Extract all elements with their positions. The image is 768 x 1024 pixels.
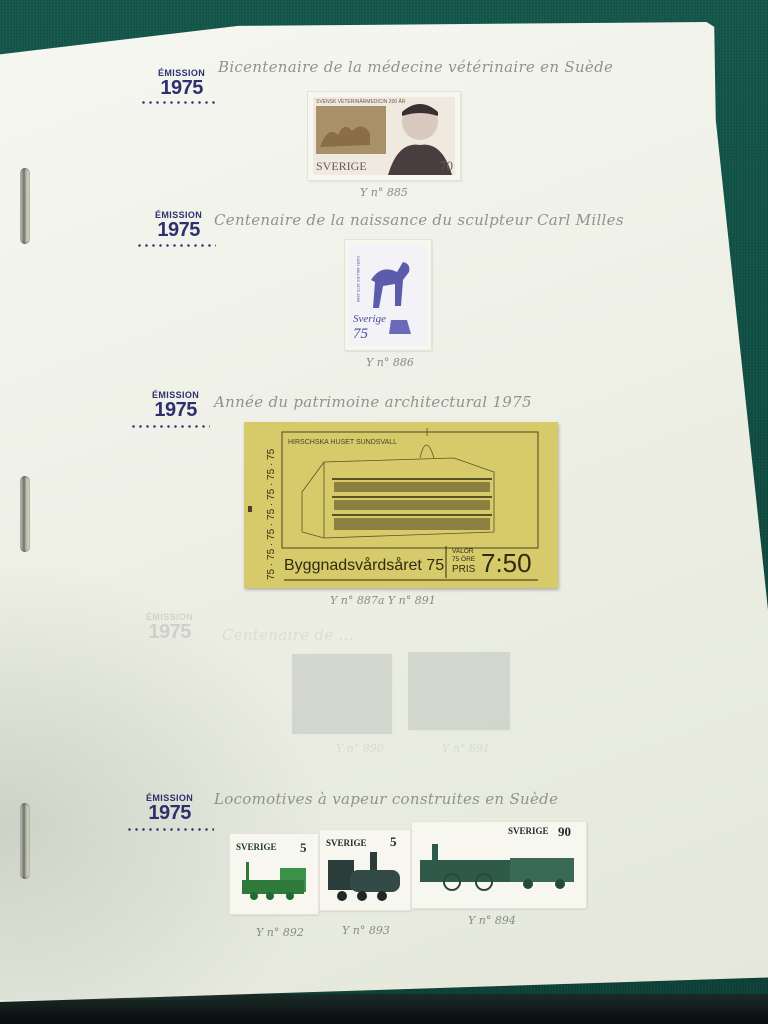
- veterinary-stamp-art: SVENSK VETERINÄRMEDICIN 200 ÅR SVERIGE 7…: [308, 92, 460, 180]
- section-title: Bicentenaire de la médecine vétérinaire …: [218, 58, 613, 76]
- stamp-locomotive-3: SVERIGE 90: [412, 822, 586, 908]
- dotted-line: [130, 425, 210, 428]
- svg-text:HIRSCHSKA HUSET SUNDSVALL: HIRSCHSKA HUSET SUNDSVALL: [288, 439, 397, 446]
- emission-year: 1975: [155, 220, 202, 240]
- stamp-placeholder: [292, 654, 392, 734]
- svg-text:SVERIGE: SVERIGE: [326, 838, 367, 848]
- emission-stamp: ÉMISSION 1975: [158, 68, 205, 98]
- section-title: Locomotives à vapeur construites en Suèd…: [214, 790, 558, 808]
- binder-hole: [20, 168, 30, 244]
- catalog-ref: Y n° 891: [442, 742, 490, 755]
- emission-year: 1975: [146, 622, 193, 642]
- section-title: Centenaire de ...: [222, 626, 354, 644]
- svg-text:70: 70: [440, 158, 453, 173]
- stamp-veterinary: SVENSK VETERINÄRMEDICIN 200 ÅR SVERIGE 7…: [308, 92, 460, 180]
- binder-hole: [20, 476, 30, 552]
- emission-year: 1975: [152, 400, 199, 420]
- catalog-ref: Y n° 885: [360, 186, 408, 199]
- catalog-ref: Y n° 892: [256, 926, 304, 939]
- stamp-locomotive-2: SVERIGE 5: [320, 830, 410, 910]
- emission-year: 1975: [158, 78, 205, 98]
- svg-text:SVENSK VETERINÄRMEDICIN 200 ÅR: SVENSK VETERINÄRMEDICIN 200 ÅR: [316, 98, 406, 105]
- stamp-booklet: HIRSCHSKA HUSET SUNDSVALL Byggnadsvårdså…: [244, 422, 558, 588]
- dotted-line: [136, 244, 216, 247]
- svg-text:Sverige: Sverige: [353, 313, 386, 325]
- svg-text:75 ÖRE: 75 ÖRE: [452, 555, 476, 563]
- emission-stamp: ÉMISSION 1975: [146, 612, 193, 642]
- svg-text:PRIS: PRIS: [452, 564, 476, 575]
- emission-stamp: ÉMISSION 1975: [152, 390, 199, 420]
- svg-text:CARL MILLES 1875-1955: CARL MILLES 1875-1955: [356, 256, 361, 303]
- catalog-ref: Y n° 890: [336, 742, 384, 755]
- locomotive-stamp-art: SVERIGE 5: [320, 830, 410, 910]
- emission-stamp: ÉMISSION 1975: [146, 793, 193, 823]
- svg-text:75: 75: [353, 326, 369, 342]
- svg-text:75 · 75 · 75 · 75 · 75 · 75 ·: 75 · 75 · 75 · 75 · 75 · 75 · 75: [266, 448, 277, 580]
- booklet-art: HIRSCHSKA HUSET SUNDSVALL Byggnadsvårdså…: [244, 422, 558, 588]
- svg-text:5: 5: [300, 840, 307, 855]
- dotted-line: [140, 101, 218, 104]
- locomotive-stamp-art: SVERIGE 5: [230, 834, 318, 914]
- svg-text:Byggnadsvårdsåret 75: Byggnadsvårdsåret 75: [284, 556, 444, 574]
- section-title: Centenaire de la naissance du sculpteur …: [214, 211, 624, 229]
- catalog-ref: Y n° 887a Y n° 891: [330, 594, 436, 607]
- svg-text:7:50: 7:50: [481, 548, 532, 578]
- svg-text:5: 5: [390, 834, 397, 849]
- emission-stamp: ÉMISSION 1975: [155, 210, 202, 240]
- stamp-placeholder: [408, 652, 510, 730]
- emission-year: 1975: [146, 803, 193, 823]
- stamp-carl-milles: Sverige 75 CARL MILLES 1875-1955: [345, 240, 431, 350]
- stamp-locomotive-1: SVERIGE 5: [230, 834, 318, 914]
- dotted-line: [126, 828, 214, 831]
- section-title: Année du patrimoine architectural 1975: [214, 393, 532, 411]
- svg-text:SVERIGE: SVERIGE: [236, 842, 277, 852]
- binder-hole: [20, 803, 30, 879]
- catalog-ref: Y n° 893: [342, 924, 390, 937]
- carl-milles-stamp-art: Sverige 75 CARL MILLES 1875-1955: [345, 240, 431, 350]
- svg-text:SVERIGE: SVERIGE: [316, 159, 367, 173]
- catalog-ref: Y n° 886: [366, 356, 414, 369]
- locomotive-stamp-art: SVERIGE 90: [412, 822, 586, 908]
- svg-text:90: 90: [558, 824, 571, 839]
- catalog-ref: Y n° 894: [468, 914, 516, 927]
- svg-text:SVERIGE: SVERIGE: [508, 826, 549, 836]
- svg-text:VALÖR: VALÖR: [452, 547, 474, 555]
